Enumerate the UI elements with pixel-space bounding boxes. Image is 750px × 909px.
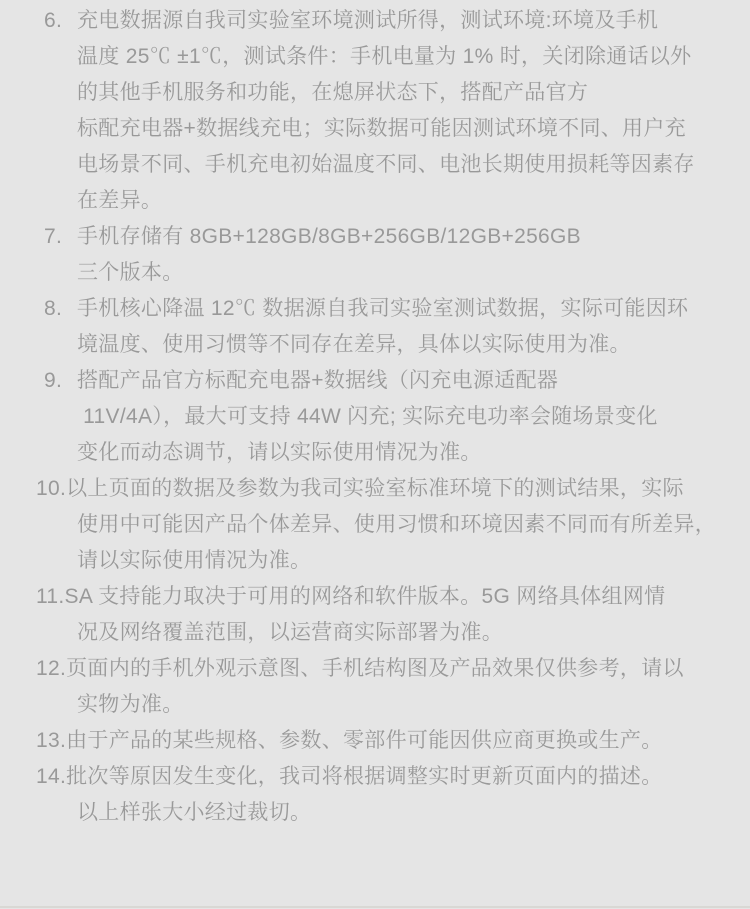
product-footnotes-page: 6.充电数据源自我司实验室环境测试所得，测试环境:环境及手机温度 25℃ ±1℃… — [0, 0, 750, 909]
note-line: 充电数据源自我司实验室环境测试所得，测试环境:环境及手机 — [77, 3, 750, 39]
note-line: SA 支持能力取决于可用的网络和软件版本。5G 网络具体组网情 — [65, 579, 750, 615]
note-line: 电场景不同、手机充电初始温度不同、电池长期使用损耗等因素存 — [0, 147, 750, 183]
note-line: 三个版本。 — [0, 255, 750, 291]
note-number: 7. — [44, 219, 77, 255]
footnotes-list: 6.充电数据源自我司实验室环境测试所得，测试环境:环境及手机温度 25℃ ±1℃… — [0, 0, 750, 831]
note-item-12: 12.页面内的手机外观示意图、手机结构图及产品效果仅供参考，请以实物为准。 — [0, 651, 750, 723]
note-item-13: 13.由于产品的某些规格、参数、零部件可能因供应商更换或生产。 — [0, 723, 750, 759]
note-line: 在差异。 — [0, 183, 750, 219]
note-number: 8. — [44, 291, 77, 327]
note-line: 批次等原因发生变化，我司将根据调整实时更新页面内的描述。 — [66, 759, 750, 795]
note-line: 页面内的手机外观示意图、手机结构图及产品效果仅供参考，请以 — [66, 651, 750, 687]
note-item-10: 10.以上页面的数据及参数为我司实验室标准环境下的测试结果，实际使用中可能因产品… — [0, 471, 750, 579]
note-line: 境温度、使用习惯等不同存在差异，具体以实际使用为准。 — [0, 327, 750, 363]
note-line: 使用中可能因产品个体差异、使用习惯和环境因素不同而有所差异， — [0, 507, 750, 543]
note-line: 况及网络覆盖范围，以运营商实际部署为准。 — [0, 615, 750, 651]
note-line: 以上页面的数据及参数为我司实验室标准环境下的测试结果，实际 — [66, 471, 750, 507]
note-number: 12. — [36, 651, 66, 687]
note-line: 的其他手机服务和功能，在熄屏状态下，搭配产品官方 — [0, 75, 750, 111]
note-line: 搭配产品官方标配充电器+数据线（闪充电源适配器 — [77, 363, 750, 399]
note-item-8: 8.手机核心降温 12℃ 数据源自我司实验室测试数据，实际可能因环境温度、使用习… — [0, 291, 750, 363]
note-item-14: 14.批次等原因发生变化，我司将根据调整实时更新页面内的描述。以上样张大小经过裁… — [0, 759, 750, 831]
note-line: 变化而动态调节，请以实际使用情况为准。 — [0, 435, 750, 471]
note-line: 请以实际使用情况为准。 — [0, 543, 750, 579]
note-number: 9. — [44, 363, 77, 399]
note-line: 手机核心降温 12℃ 数据源自我司实验室测试数据，实际可能因环 — [77, 291, 750, 327]
note-item-11: 11.SA 支持能力取决于可用的网络和软件版本。5G 网络具体组网情况及网络覆盖… — [0, 579, 750, 651]
note-line: 标配充电器+数据线充电；实际数据可能因测试环境不同、用户充 — [0, 111, 750, 147]
note-line: 实物为准。 — [0, 687, 750, 723]
note-item-6: 6.充电数据源自我司实验室环境测试所得，测试环境:环境及手机温度 25℃ ±1℃… — [0, 3, 750, 219]
note-line: 手机存储有 8GB+128GB/8GB+256GB/12GB+256GB — [77, 219, 750, 255]
note-line: 由于产品的某些规格、参数、零部件可能因供应商更换或生产。 — [66, 723, 750, 759]
note-line: 11V/4A），最大可支持 44W 闪充; 实际充电功率会随场景变化 — [0, 399, 750, 435]
note-line: 以上样张大小经过裁切。 — [0, 795, 750, 831]
note-line: 温度 25℃ ±1℃，测试条件：手机电量为 1% 时，关闭除通话以外 — [0, 39, 750, 75]
note-item-7: 7.手机存储有 8GB+128GB/8GB+256GB/12GB+256GB三个… — [0, 219, 750, 291]
note-number: 6. — [44, 3, 77, 39]
note-item-9: 9.搭配产品官方标配充电器+数据线（闪充电源适配器 11V/4A），最大可支持 … — [0, 363, 750, 471]
note-number: 11. — [36, 579, 65, 615]
section-divider — [0, 906, 750, 908]
note-number: 13. — [36, 723, 66, 759]
note-number: 10. — [36, 471, 66, 507]
note-number: 14. — [36, 759, 66, 795]
